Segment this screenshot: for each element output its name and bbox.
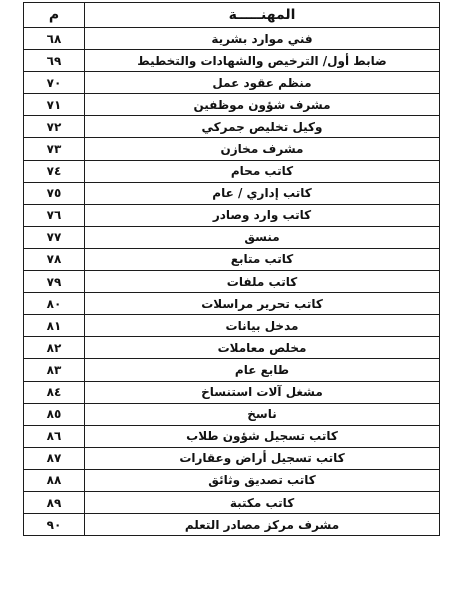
table-row: مشرف مخازن٧٣ [24,138,440,160]
row-profession: كاتب محام [85,160,440,182]
row-serial: ٦٨ [24,28,85,50]
row-profession: كاتب تسجيل أراض وعقارات [85,447,440,469]
document-page: المهنـــــة م فني موارد بشرية٦٨ضابط أول/… [0,0,454,594]
row-serial: ٧٠ [24,72,85,94]
row-profession: كاتب تسجيل شؤون طلاب [85,425,440,447]
row-profession: ضابط أول/ الترخيص والشهادات والتخطيط [85,50,440,72]
table-row: كاتب تسجيل أراض وعقارات٨٧ [24,447,440,469]
table-row: كاتب ملفات٧٩ [24,271,440,293]
row-profession: فني موارد بشرية [85,28,440,50]
table-row: كاتب وارد وصادر٧٦ [24,204,440,226]
header-serial: م [24,3,85,28]
row-serial: ٩٠ [24,514,85,536]
row-profession: منسق [85,226,440,248]
row-profession: كاتب تحرير مراسلات [85,293,440,315]
row-serial: ٨٨ [24,469,85,491]
header-profession: المهنـــــة [85,3,440,28]
row-profession: مخلص معاملات [85,337,440,359]
row-profession: مشغل آلات استنساخ [85,381,440,403]
table-row: كاتب محام٧٤ [24,160,440,182]
row-profession: مشرف شؤون موظفين [85,94,440,116]
row-profession: كاتب مكتبة [85,491,440,513]
table-row: مخلص معاملات٨٢ [24,337,440,359]
row-serial: ٧٧ [24,226,85,248]
row-serial: ٦٩ [24,50,85,72]
table-row: مدخل بيانات٨١ [24,315,440,337]
row-profession: ناسخ [85,403,440,425]
table-row: كاتب تحرير مراسلات٨٠ [24,293,440,315]
table-row: منسق٧٧ [24,226,440,248]
table-row: مشرف مركز مصادر التعلم٩٠ [24,514,440,536]
row-profession: كاتب متابع [85,248,440,270]
row-serial: ٧٣ [24,138,85,160]
row-profession: منظم عقود عمل [85,72,440,94]
row-serial: ٨٣ [24,359,85,381]
row-profession: كاتب إداري / عام [85,182,440,204]
row-serial: ٧٥ [24,182,85,204]
row-serial: ٨٥ [24,403,85,425]
row-serial: ٧٢ [24,116,85,138]
profession-table-head: المهنـــــة م [24,3,440,28]
table-row: مشرف شؤون موظفين٧١ [24,94,440,116]
table-row: وكيل تخليص جمركي٧٢ [24,116,440,138]
table-row: كاتب متابع٧٨ [24,248,440,270]
row-profession: مدخل بيانات [85,315,440,337]
row-serial: ٨٧ [24,447,85,469]
table-header-row: المهنـــــة م [24,3,440,28]
row-serial: ٨١ [24,315,85,337]
table-row: كاتب تسجيل شؤون طلاب٨٦ [24,425,440,447]
row-profession: كاتب تصديق وثائق [85,469,440,491]
table-row: ضابط أول/ الترخيص والشهادات والتخطيط٦٩ [24,50,440,72]
row-profession: طابع عام [85,359,440,381]
profession-table: المهنـــــة م فني موارد بشرية٦٨ضابط أول/… [23,2,440,536]
row-profession: كاتب وارد وصادر [85,204,440,226]
table-row: منظم عقود عمل٧٠ [24,72,440,94]
table-row: ناسخ٨٥ [24,403,440,425]
table-row: كاتب تصديق وثائق٨٨ [24,469,440,491]
row-serial: ٨٦ [24,425,85,447]
table-row: كاتب مكتبة٨٩ [24,491,440,513]
row-serial: ٨٩ [24,491,85,513]
row-serial: ٧١ [24,94,85,116]
table-row: فني موارد بشرية٦٨ [24,28,440,50]
row-serial: ٧٦ [24,204,85,226]
table-row: مشغل آلات استنساخ٨٤ [24,381,440,403]
row-serial: ٧٩ [24,271,85,293]
row-profession: مشرف مخازن [85,138,440,160]
row-serial: ٧٨ [24,248,85,270]
row-profession: كاتب ملفات [85,271,440,293]
row-serial: ٨٢ [24,337,85,359]
row-serial: ٨٠ [24,293,85,315]
row-serial: ٧٤ [24,160,85,182]
row-serial: ٨٤ [24,381,85,403]
table-row: طابع عام٨٣ [24,359,440,381]
profession-table-body: فني موارد بشرية٦٨ضابط أول/ الترخيص والشه… [24,28,440,536]
row-profession: مشرف مركز مصادر التعلم [85,514,440,536]
table-row: كاتب إداري / عام٧٥ [24,182,440,204]
row-profession: وكيل تخليص جمركي [85,116,440,138]
